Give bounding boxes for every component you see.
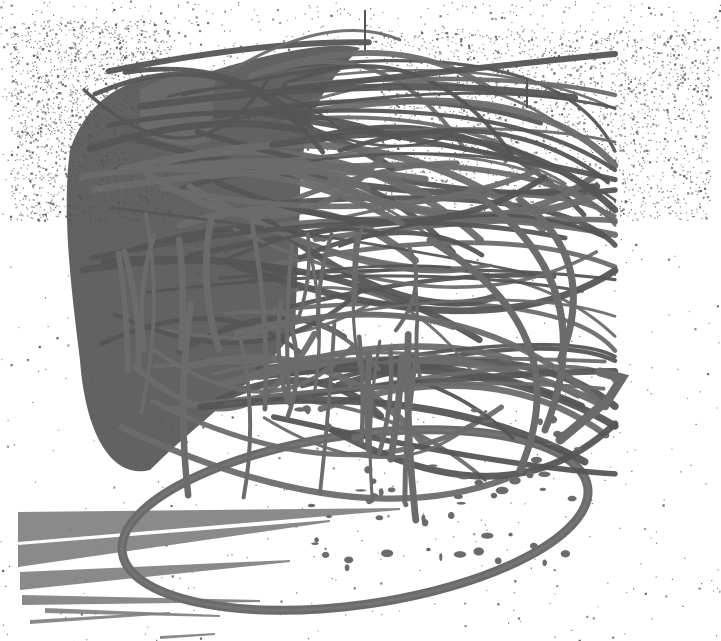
streak-artifact-planes bbox=[18, 508, 400, 639]
isosurface-render bbox=[0, 0, 721, 641]
volume-render-viewport[interactable] bbox=[0, 0, 721, 641]
